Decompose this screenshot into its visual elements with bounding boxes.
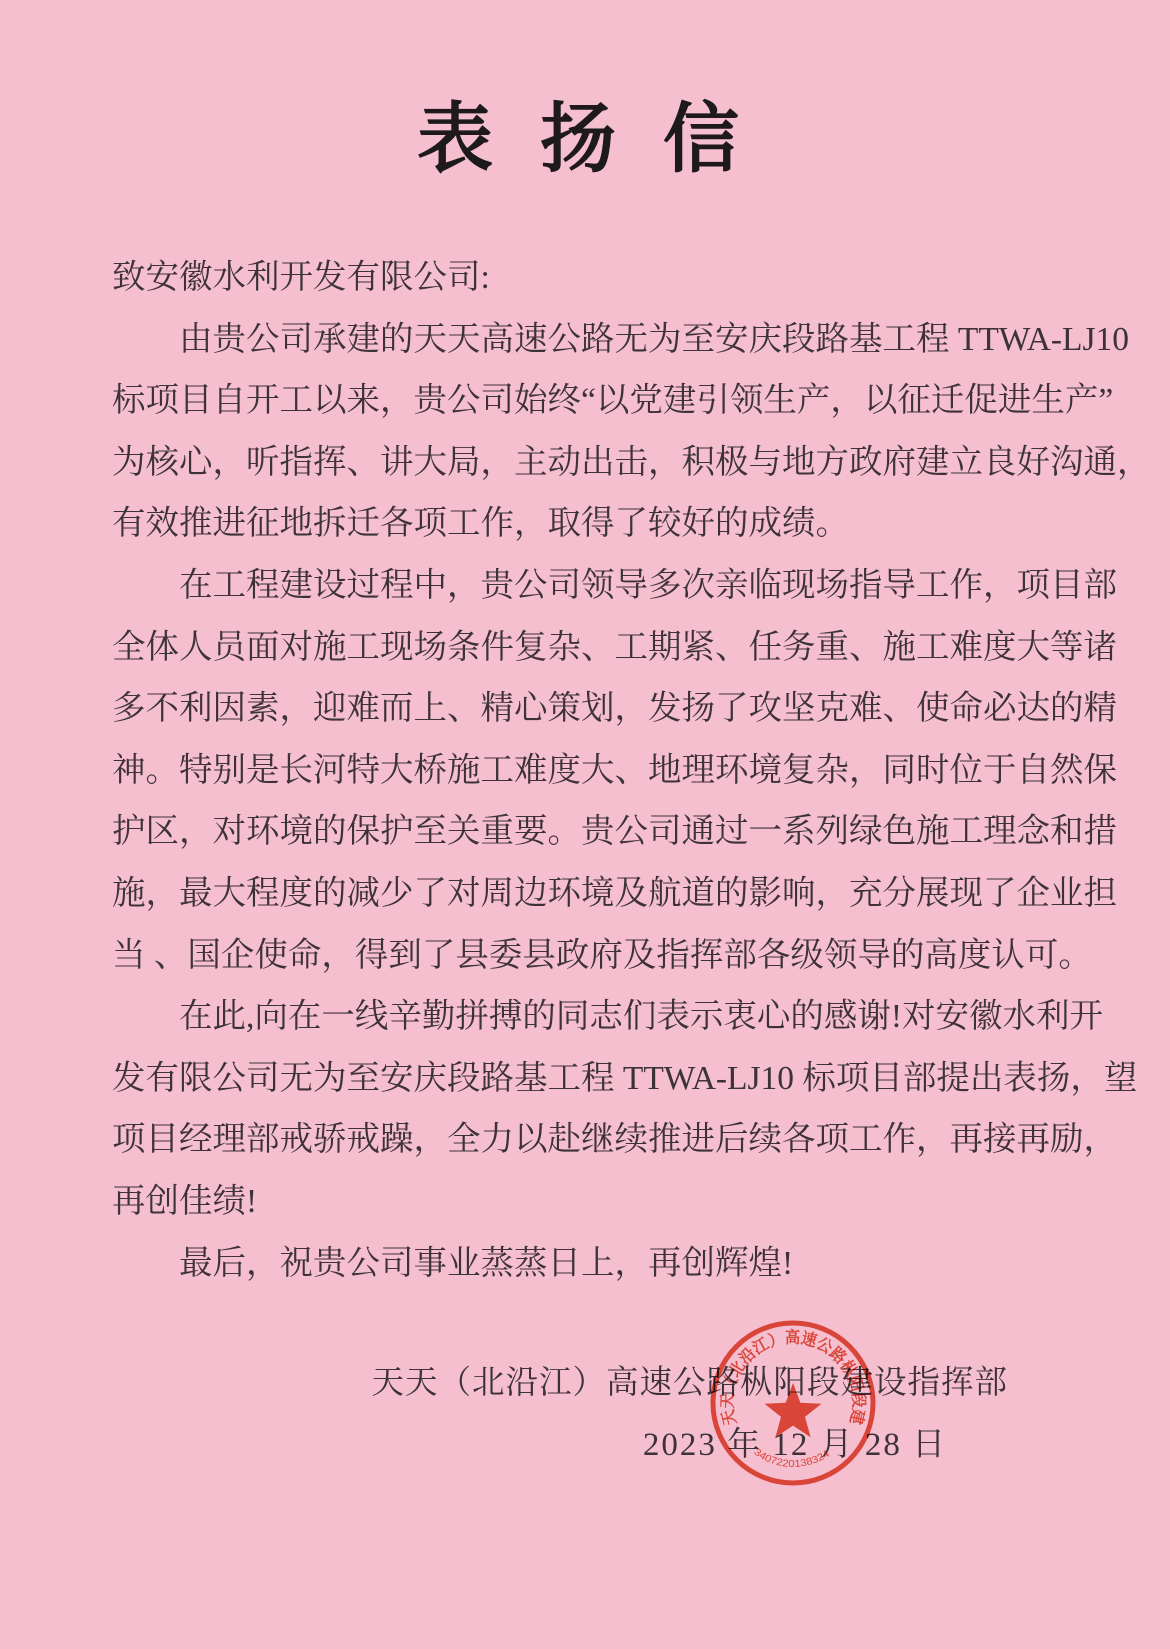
letter-line: 由贵公司承建的天天高速公路无为至安庆段路基工程 TTWA-LJ10: [112, 309, 1058, 371]
letter-line: 在工程建设过程中，贵公司领导多次亲临现场指导工作，项目部: [112, 555, 1058, 617]
paragraphs: 由贵公司承建的天天高速公路无为至安庆段路基工程 TTWA-LJ10标项目自开工以…: [112, 309, 1058, 1295]
letter-line: 为核心，听指挥、讲大局，主动出击，积极与地方政府建立良好沟通，: [112, 432, 1058, 494]
salutation: 致安徽水利开发有限公司:: [112, 247, 1058, 309]
letter-line: 全体人员面对施工现场条件复杂、工期紧、任务重、施工难度大等诸: [112, 617, 1058, 679]
letter-page: 表 扬 信 致安徽水利开发有限公司: 由贵公司承建的天天高速公路无为至安庆段路基…: [0, 0, 1170, 1649]
signature-date: 2023 年 12 月 28 日: [420, 1414, 1170, 1476]
letter-body: 致安徽水利开发有限公司: 由贵公司承建的天天高速公路无为至安庆段路基工程 TTW…: [112, 247, 1058, 1294]
letter-line: 标项目自开工以来，贵公司始终“以党建引领生产，以征迁促进生产”: [112, 370, 1058, 432]
letter-line: 施，最大程度的减少了对周边环境及航道的影响，充分展现了企业担: [112, 863, 1058, 925]
letter-line: 再创佳绩!: [112, 1171, 1058, 1233]
letter-line: 神。特别是长河特大桥施工难度大、地理环境复杂，同时位于自然保: [112, 740, 1058, 802]
letter-line: 护区，对环境的保护至关重要。贵公司通过一系列绿色施工理念和措: [112, 801, 1058, 863]
letter-line: 当 、国企使命，得到了县委县政府及指挥部各级领导的高度认可。: [112, 925, 1058, 987]
letter-title: 表 扬 信: [0, 78, 1170, 187]
signature-organization: 天天（北沿江）高速公路枞阳段建设指挥部: [0, 1352, 1008, 1414]
letter-line: 项目经理部戒骄戒躁，全力以赴继续推进后续各项工作，再接再励，: [112, 1109, 1058, 1171]
letter-line: 有效推进征地拆迁各项工作，取得了较好的成绩。: [112, 493, 1058, 555]
letter-line: 最后，祝贵公司事业蒸蒸日上，再创辉煌!: [112, 1233, 1058, 1295]
letter-line: 发有限公司无为至安庆段路基工程 TTWA-LJ10 标项目部提出表扬，望: [112, 1048, 1058, 1110]
letter-line: 多不利因素，迎难而上、精心策划，发扬了攻坚克难、使命必达的精: [112, 678, 1058, 740]
letter-line: 在此,向在一线辛勤拼搏的同志们表示衷心的感谢!对安徽水利开: [112, 986, 1058, 1048]
